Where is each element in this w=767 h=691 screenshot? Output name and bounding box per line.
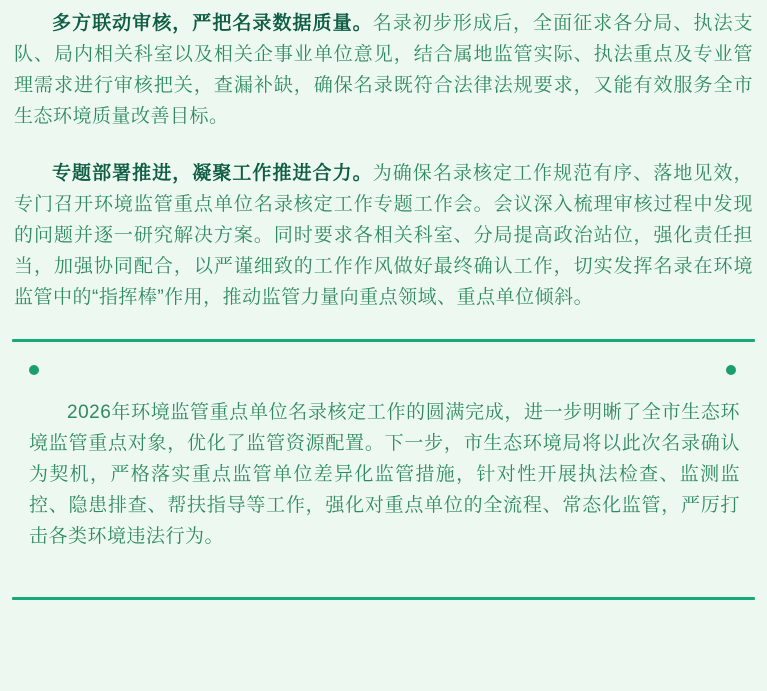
section-divider-top [12,339,755,342]
decorative-dots-row [0,365,767,375]
paragraph-special-meeting: 专题部署推进，凝聚工作推进合力。为确保名录核定工作规范有序、落地见效，专门召开环… [14,158,753,313]
paragraph-multi-party-review: 多方联动审核，严把名录数据质量。名录初步形成后，全面征求各分局、执法支队、局内相… [14,8,753,132]
paragraph-text: 为确保名录核定工作规范有序、落地见效，专门召开环境监管重点单位名录核定工作专题工… [14,163,753,308]
closing-section: 2026年环境监管重点单位名录核定工作的圆满完成，进一步明晰了全市生态环境监管重… [0,375,767,552]
decorative-dot-right [726,365,736,375]
decorative-dot-left [29,365,39,375]
paragraph-lead: 专题部署推进，凝聚工作推进合力。 [52,163,373,184]
article-body: 多方联动审核，严把名录数据质量。名录初步形成后，全面征求各分局、执法支队、局内相… [0,0,767,313]
section-divider-bottom [12,597,755,600]
paragraph-lead: 多方联动审核，严把名录数据质量。 [52,13,373,34]
closing-paragraph: 2026年环境监管重点单位名录核定工作的圆满完成，进一步明晰了全市生态环境监管重… [29,397,740,552]
